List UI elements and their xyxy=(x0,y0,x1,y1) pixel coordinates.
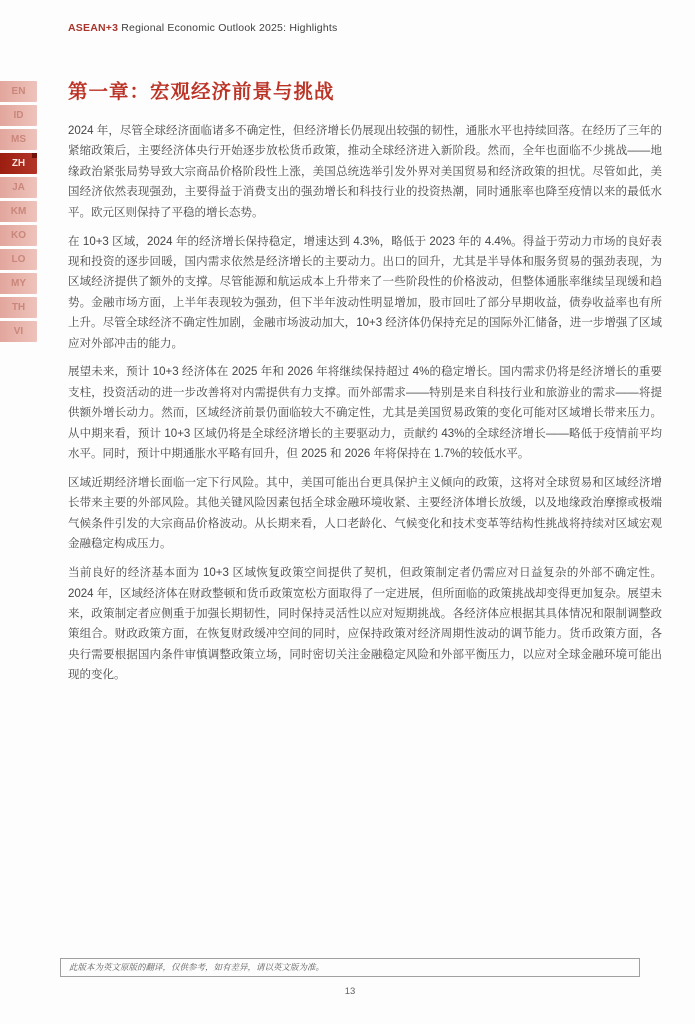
sidebar-tab-lo[interactable]: LO xyxy=(0,249,37,270)
body-paragraph-1: 2024 年，尽管全球经济面临诸多不确定性，但经济增长仍展现出较强的韧性，通胀水… xyxy=(68,121,662,223)
body-paragraph-4: 区域近期经济增长面临一定下行风险。其中，美国可能出台更具保护主义倾向的政策，这将… xyxy=(68,473,662,555)
body-paragraph-2: 在 10+3 区域，2024 年的经济增长保持稳定，增速达到 4.3%，略低于 … xyxy=(68,232,662,354)
sidebar-tab-vi[interactable]: VI xyxy=(0,321,37,342)
sidebar-tab-km[interactable]: KM xyxy=(0,201,37,222)
body-text: 2024 年，尽管全球经济面临诸多不确定性，但经济增长仍展现出较强的韧性，通胀水… xyxy=(68,121,662,686)
body-paragraph-5: 当前良好的经济基本面为 10+3 区域恢复政策空间提供了契机，但政策制定者仍需应… xyxy=(68,563,662,685)
document-page: ASEAN+3 Regional Economic Outlook 2025: … xyxy=(0,0,695,1024)
sidebar-tab-zh[interactable]: ZH xyxy=(0,153,37,174)
header-brand: ASEAN+3 xyxy=(68,22,118,34)
sidebar-tab-ja[interactable]: JA xyxy=(0,177,37,198)
sidebar-tab-id[interactable]: ID xyxy=(0,105,37,126)
translation-disclaimer-footnote: 此版本为英文原版的翻译，仅供参考，如有差异，请以英文版为准。 xyxy=(60,958,640,977)
chapter-title: 第一章：宏观经济前景与挑战 xyxy=(68,76,662,104)
sidebar-tab-en[interactable]: EN xyxy=(0,81,37,102)
main-content: 第一章：宏观经济前景与挑战 2024 年，尽管全球经济面临诸多不确定性，但经济增… xyxy=(68,76,662,694)
page-number: 13 xyxy=(60,986,640,997)
sidebar-tab-my[interactable]: MY xyxy=(0,273,37,294)
document-header: ASEAN+3 Regional Economic Outlook 2025: … xyxy=(68,22,337,34)
sidebar-tab-ms[interactable]: MS xyxy=(0,129,37,150)
language-sidebar: EN ID MS ZH JA KM KO LO MY TH VI xyxy=(0,81,37,342)
body-paragraph-3: 展望未来，预计 10+3 经济体在 2025 年和 2026 年将继续保持超过 … xyxy=(68,362,662,464)
header-title: Regional Economic Outlook 2025: Highligh… xyxy=(118,22,337,34)
sidebar-tab-th[interactable]: TH xyxy=(0,297,37,318)
sidebar-tab-ko[interactable]: KO xyxy=(0,225,37,246)
